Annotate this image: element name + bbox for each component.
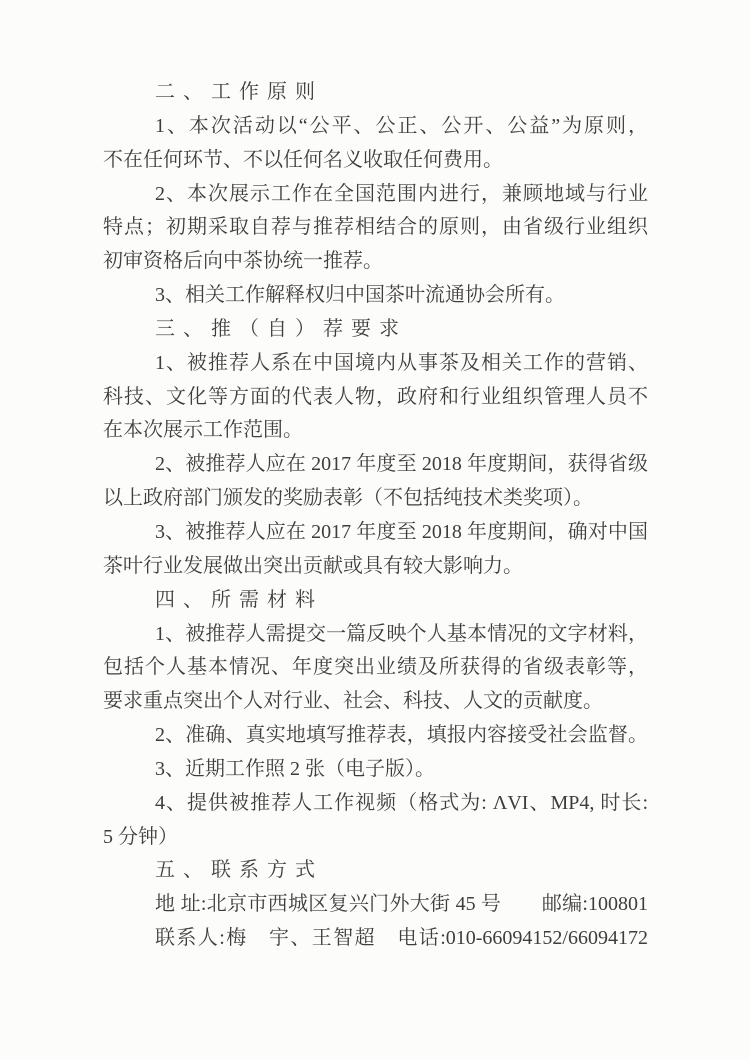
section-heading-recommendation-requirements: 三、推（自）荐要求: [103, 313, 648, 347]
paragraph-line: 1、被推荐人系在中国境内从事茶及相关工作的营销、: [103, 347, 648, 381]
contact-person-line: 联系人:梅 宇、王智超 电话:010-66094152/66094172: [103, 922, 648, 956]
paragraph-line: 不在任何环节、不以任何名义收取任何费用。: [103, 144, 648, 178]
document-text-block: 二、工作原则 1、本次活动以“公平、公正、公开、公益”为原则， 不在任何环节、不…: [103, 76, 648, 956]
paragraph-line: 3、相关工作解释权归中国茶叶流通协会所有。: [103, 279, 648, 313]
paragraph-line: 2、准确、真实地填写推荐表，填报内容接受社会监督。: [103, 719, 648, 753]
paragraph-line: 2、本次展示工作在全国范围内进行，兼顾地域与行业: [103, 178, 648, 212]
paragraph-line: 1、本次活动以“公平、公正、公开、公益”为原则，: [103, 110, 648, 144]
paragraph-line: 要求重点突出个人对行业、社会、科技、人文的贡献度。: [103, 685, 648, 719]
paragraph-line: 3、被推荐人应在 2017 年度至 2018 年度期间，确对中国: [103, 516, 648, 550]
paragraph-line: 3、近期工作照 2 张（电子版）。: [103, 753, 648, 787]
paragraph-line: 2、被推荐人应在 2017 年度至 2018 年度期间，获得省级: [103, 448, 648, 482]
paragraph-line: 1、被推荐人需提交一篇反映个人基本情况的文字材料，: [103, 618, 648, 652]
section-heading-required-materials: 四、所需材料: [103, 584, 648, 618]
paragraph-line: 包括个人基本情况、年度突出业绩及所获得的省级表彰等，: [103, 651, 648, 685]
paragraph-line: 特点；初期采取自荐与推荐相结合的原则，由省级行业组织: [103, 211, 648, 245]
contact-address-line: 地 址:北京市西城区复兴门外大街 45 号 邮编:100801: [103, 888, 648, 922]
paragraph-line: 在本次展示工作范围。: [103, 414, 648, 448]
section-heading-contact-info: 五、联系方式: [103, 854, 648, 888]
paragraph-line: 4、提供被推荐人工作视频（格式为: ΛVI、MP4, 时长:: [103, 787, 648, 821]
paragraph-line: 以上政府部门颁发的奖励表彰（不包括纯技术类奖项）。: [103, 482, 648, 516]
paragraph-line: 茶叶行业发展做出突出贡献或具有较大影响力。: [103, 550, 648, 584]
paragraph-line: 5 分钟）: [103, 821, 648, 855]
document-page: 二、工作原则 1、本次活动以“公平、公正、公开、公益”为原则， 不在任何环节、不…: [0, 0, 750, 1060]
paragraph-line: 初审资格后向中茶协统一推荐。: [103, 245, 648, 279]
paragraph-line: 科技、文化等方面的代表人物，政府和行业组织管理人员不: [103, 381, 648, 415]
section-heading-work-principles: 二、工作原则: [103, 76, 648, 110]
